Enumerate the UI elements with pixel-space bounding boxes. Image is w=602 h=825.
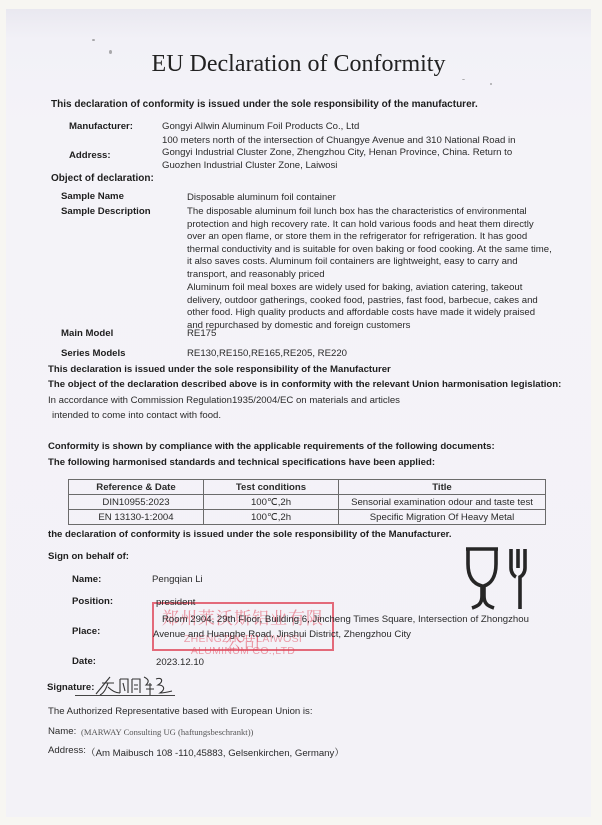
signatory-position: president <box>156 597 195 608</box>
title-cell: Sensorial examination odour and taste te… <box>339 495 546 510</box>
sample-name-value: Disposable aluminum foil container <box>187 192 336 203</box>
closing-responsibility-statement: the declaration of conformity is issued … <box>48 529 452 540</box>
representative-name: (MARWAY Consulting UG (haftungsbeschrank… <box>81 727 253 737</box>
scan-speck <box>490 83 492 85</box>
main-model-value: RE175 <box>187 328 216 339</box>
table-row: EN 13130-1:2004 100℃,2h Specific Migrati… <box>69 510 546 525</box>
object-heading: Object of declaration: <box>51 173 154 184</box>
conformity-documents-line: Conformity is shown by compliance with t… <box>48 441 495 452</box>
signatory-position-label: Position: <box>72 596 113 607</box>
signatory-name-label: Name: <box>72 574 101 585</box>
document-page: EU Declaration of Conformity This declar… <box>6 9 591 817</box>
regulation-line-1: In accordance with Commission Regulation… <box>48 395 400 406</box>
signatory-date-label: Date: <box>72 656 96 667</box>
food-contact-glass-and-fork-icon <box>464 546 532 610</box>
title-cell: Specific Migration Of Heavy Metal <box>339 510 546 525</box>
signatory-place-line-1: Room 2904, 29th Floor, Building 6, Jinch… <box>162 614 529 625</box>
sample-description-para2: Aluminum foil meal boxes are widely used… <box>187 282 552 332</box>
main-model-label: Main Model <box>61 328 113 339</box>
signature-label: Signature: <box>47 682 94 693</box>
intro-statement: This declaration of conformity is issued… <box>51 99 478 110</box>
standards-applied-line: The following harmonised standards and t… <box>48 457 435 468</box>
table-header-row: Reference & Date Test conditions Title <box>69 480 546 495</box>
representative-address: （Am Maibusch 108 -110,45883, Gelsenkirch… <box>86 745 344 759</box>
table-row: DIN10955:2023 100℃,2h Sensorial examinat… <box>69 495 546 510</box>
address-label: Address: <box>69 150 111 161</box>
company-stamp: 郑州莱沃斯铝业有限公司 ZHENGZHOU LAIWOSI ALUMINUM C… <box>152 602 334 651</box>
signatory-name: Pengqian Li <box>152 574 203 585</box>
series-models-value: RE130,RE150,RE165,RE205, RE220 <box>187 348 347 359</box>
reference-cell: EN 13130-1:2004 <box>69 510 204 525</box>
test-conditions-cell: 100℃,2h <box>204 495 339 510</box>
signatory-date: 2023.12.10 <box>156 657 204 668</box>
reference-cell: DIN10955:2023 <box>69 495 204 510</box>
sample-description-para1: The disposable aluminum foil lunch box h… <box>187 206 552 282</box>
column-header-reference: Reference & Date <box>69 480 204 495</box>
representative-intro: The Authorized Representative based with… <box>48 706 313 717</box>
column-header-test-conditions: Test conditions <box>204 480 339 495</box>
scan-speck <box>462 79 465 80</box>
conformity-legislation-statement: The object of the declaration described … <box>48 379 561 390</box>
manufacturer-label: Manufacturer: <box>69 121 133 132</box>
sample-description-label: Sample Description <box>61 206 151 217</box>
scan-speck <box>92 39 95 41</box>
signature-line <box>75 695 175 696</box>
sole-responsibility-statement: This declaration is issued under the sol… <box>48 364 391 375</box>
representative-address-label: Address: <box>48 745 86 756</box>
signatory-place-line-2: Avenue and Huanghe Road, Jinshui Distric… <box>153 629 411 640</box>
page-title: EU Declaration of Conformity <box>6 51 591 78</box>
regulation-line-2: intended to come into contact with food. <box>52 410 221 421</box>
handwritten-signature <box>94 673 174 697</box>
signatory-place-label: Place: <box>72 626 100 637</box>
address-value: 100 meters north of the intersection of … <box>162 135 542 172</box>
series-models-label: Series Models <box>61 348 126 359</box>
representative-name-label: Name: <box>48 726 76 737</box>
sign-heading: Sign on behalf of: <box>48 551 129 562</box>
sample-name-label: Sample Name <box>61 191 124 202</box>
test-conditions-cell: 100℃,2h <box>204 510 339 525</box>
standards-table: Reference & Date Test conditions Title D… <box>68 479 546 525</box>
column-header-title: Title <box>339 480 546 495</box>
manufacturer-value: Gongyi Allwin Aluminum Foil Products Co.… <box>162 121 359 132</box>
